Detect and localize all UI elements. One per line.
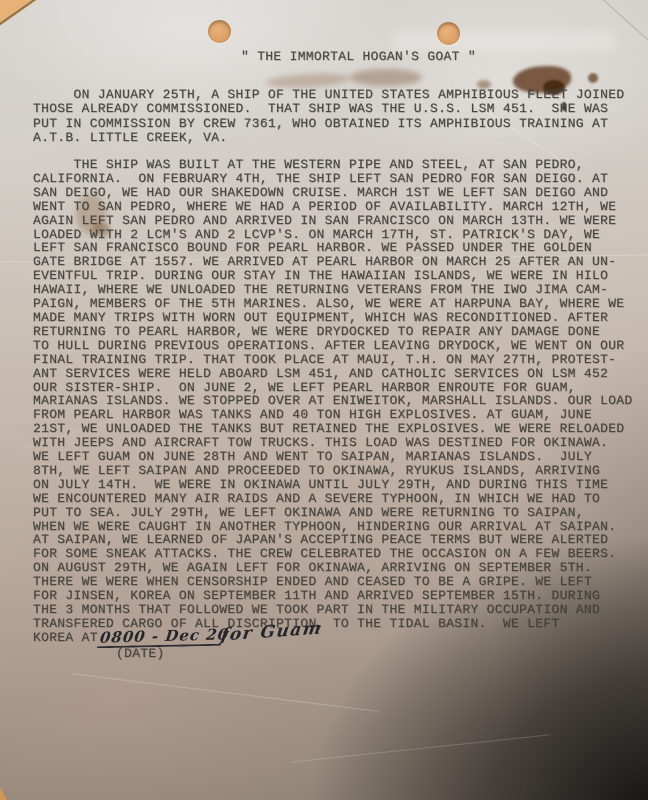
date-field-label: (DATE) [116, 647, 165, 660]
paper-sheet: " THE IMMORTAL HOGAN'S GOAT " ON JANUARY… [0, 0, 648, 800]
ink-stain [588, 73, 598, 83]
paper-crease [71, 673, 379, 712]
paragraph-commissioning: ON JANUARY 25TH, A SHIP OF THE UNITED ST… [33, 88, 624, 146]
typewriter-ghost-impression [392, 31, 616, 51]
document-title: " THE IMMORTAL HOGAN'S GOAT " [241, 50, 476, 64]
ink-stain [350, 69, 422, 86]
document-scan: " THE IMMORTAL HOGAN'S GOAT " ON JANUARY… [0, 0, 648, 800]
hole-punch-right [437, 22, 460, 45]
hole-punch-left [208, 20, 231, 43]
paragraph-ship-history: THE SHIP WAS BUILT AT THE WESTERN PIPE A… [33, 158, 633, 645]
paper-crease [291, 734, 550, 762]
